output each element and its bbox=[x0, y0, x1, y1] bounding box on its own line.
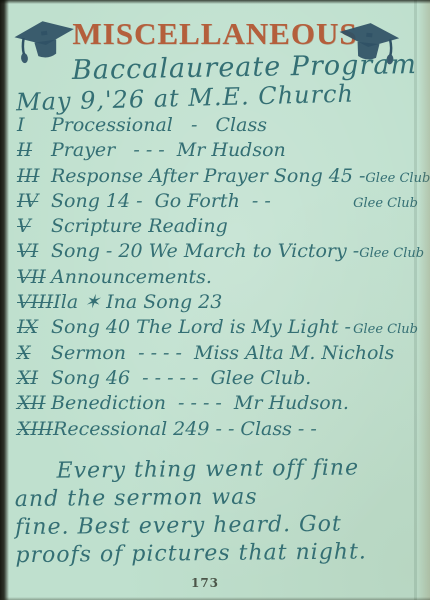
item-numeral: X bbox=[17, 342, 51, 364]
program-item: IIPrayer - - - Mr Hudson bbox=[17, 139, 422, 164]
page-number: 173 bbox=[0, 576, 410, 590]
item-text: Song 14 - Go Forth - - bbox=[51, 190, 271, 212]
program-item: IXSong 40 The Lord is My Light -Glee Clu… bbox=[17, 316, 422, 341]
program-item: XSermon - - - - Miss Alta M. Nichols bbox=[17, 342, 422, 367]
program-item: VISong - 20 We March to Victory -Glee Cl… bbox=[17, 240, 422, 265]
program-item: IVSong 14 - Go Forth - -Glee Club bbox=[17, 190, 422, 215]
note-line: and the sermon was bbox=[15, 482, 418, 514]
item-numeral: I bbox=[17, 114, 51, 136]
program-item: IProcessional - Class bbox=[17, 114, 422, 139]
binding-edge bbox=[0, 0, 9, 600]
item-numeral: VI bbox=[17, 240, 51, 262]
item-numeral: XII bbox=[17, 392, 51, 414]
item-numeral: XI bbox=[17, 367, 51, 389]
item-text: Ila ✶ Ina Song 23 bbox=[53, 291, 222, 313]
item-text: Song 46 - - - - - Glee Club. bbox=[51, 367, 311, 389]
scrapbook-page: MISCELLANEOUS Baccalaureate Program May … bbox=[0, 0, 430, 600]
item-text: Response After Prayer Song 45 - bbox=[51, 165, 365, 187]
item-numeral: V bbox=[17, 215, 51, 237]
program-date-line: May 9,'26 at M.E. Church bbox=[16, 80, 355, 117]
item-text: Prayer - - - Mr Hudson bbox=[51, 139, 286, 161]
item-text: Scripture Reading bbox=[51, 215, 228, 237]
program-item: XIIBenediction - - - - Mr Hudson. bbox=[17, 392, 422, 417]
program-item: VIIIIla ✶ Ina Song 23 bbox=[17, 291, 422, 316]
note-line: proofs of pictures that night. bbox=[15, 538, 418, 570]
item-text: Sermon - - - - Miss Alta M. Nichols bbox=[51, 342, 394, 364]
item-text: Benediction - - - - Mr Hudson. bbox=[51, 392, 349, 414]
item-annotation: Glee Club bbox=[353, 196, 422, 211]
item-numeral: IV bbox=[17, 190, 51, 212]
item-text: Song - 20 We March to Victory - bbox=[51, 240, 359, 262]
page-top-edge bbox=[0, 0, 430, 4]
item-text: Recessional 249 - - Class - - bbox=[53, 418, 317, 440]
program-title: Baccalaureate Program bbox=[72, 49, 418, 86]
program-item: VIIAnnouncements. bbox=[17, 266, 422, 291]
program-list: IProcessional - Class IIPrayer - - - Mr … bbox=[17, 114, 422, 443]
program-item: IIIResponse After Prayer Song 45 -Glee C… bbox=[17, 165, 422, 190]
journal-note: Every thing went off fine and the sermon… bbox=[14, 454, 418, 570]
item-text: Song 40 The Lord is My Light - bbox=[51, 316, 351, 338]
program-item: XISong 46 - - - - - Glee Club. bbox=[17, 367, 422, 392]
note-line: Every thing went off fine bbox=[14, 454, 417, 486]
item-numeral: II bbox=[17, 139, 51, 161]
item-text: Announcements. bbox=[51, 266, 212, 288]
item-numeral: IX bbox=[17, 316, 51, 338]
program-item: VScripture Reading bbox=[17, 215, 422, 240]
item-numeral: XIII bbox=[17, 418, 53, 440]
program-item: XIIIRecessional 249 - - Class - - bbox=[17, 418, 422, 443]
item-text: Processional - Class bbox=[51, 114, 267, 136]
page-crease bbox=[414, 0, 417, 600]
page-right-edge bbox=[418, 0, 430, 600]
item-numeral: III bbox=[17, 165, 51, 187]
item-numeral: VIII bbox=[17, 291, 53, 313]
item-annotation: Glee Club bbox=[353, 322, 422, 337]
note-line: fine. Best every heard. Got bbox=[15, 510, 418, 542]
item-numeral: VII bbox=[17, 266, 51, 288]
